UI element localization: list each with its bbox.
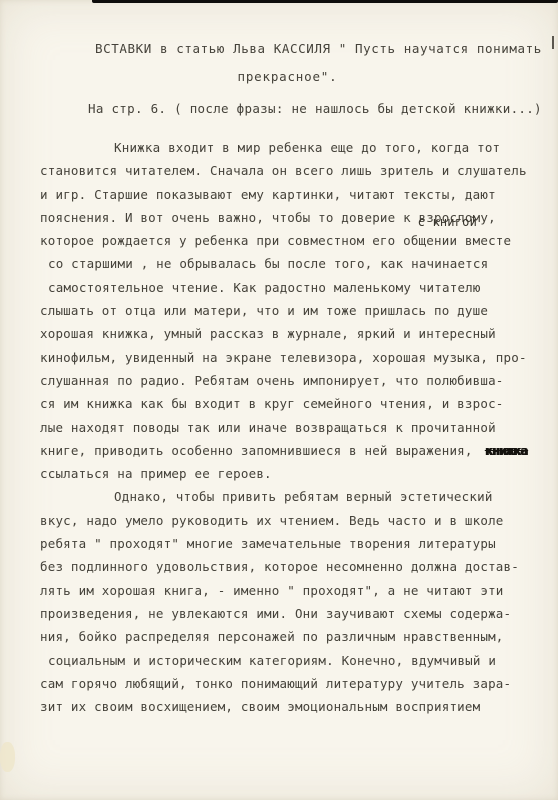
line-text: слышать от отца или матери, что и им тож…: [40, 303, 488, 318]
line-text: кинофильм, увиденный на экране телевизор…: [40, 350, 527, 365]
line-text: вкус, надо умело руководить их чтением. …: [40, 513, 504, 528]
text-line: слышать от отца или матери, что и им тож…: [40, 299, 535, 322]
text-line: сам горячо любящий, тонко понимающий лит…: [40, 672, 535, 695]
page-content: ВСТАВКИ в статью Льва КАССИЛЯ " Пусть на…: [40, 40, 535, 718]
line-text: ссылаться на пример ее героев.: [40, 466, 272, 481]
paper-smudge: [0, 742, 15, 772]
document-title-line2: прекрасное".: [40, 68, 535, 86]
line-text: становится читателем. Сначала он всего л…: [40, 163, 527, 178]
overstruck-word: книжка: [485, 443, 527, 458]
line-text: ребята " проходят" многие замечательные …: [40, 536, 496, 551]
text-line: без подлинного удовольствия, которое нес…: [40, 555, 535, 578]
line-text: и игр. Старшие показывают ему картинки, …: [40, 187, 496, 202]
line-text: лые находят поводы так или иначе возвращ…: [40, 420, 496, 435]
line-text: без подлинного удовольствия, которое нес…: [40, 559, 519, 574]
page-reference-note: На стр. 6. ( после фразы: не нашлось бы …: [40, 100, 535, 118]
text-line: становится читателем. Сначала он всего л…: [40, 159, 535, 182]
line-text: зит их своим восхищением, своим эмоциона…: [40, 699, 480, 714]
line-text: сам горячо любящий, тонко понимающий лит…: [40, 676, 511, 691]
text-line: Однако, чтобы привить ребятам верный эст…: [40, 485, 535, 508]
text-line: со старшими , не обрывалась бы после тог…: [40, 252, 535, 275]
text-line: самостоятельное чтение. Как радостно мал…: [40, 276, 535, 299]
line-text: книге, приводить особенно запомнившиеся …: [40, 443, 473, 458]
scan-mark-artifact: [552, 36, 554, 49]
text-line: хорошая книжка, умный рассказ в журнале,…: [40, 322, 535, 345]
text-line: ся им книжка как бы входит в круг семейн…: [40, 392, 535, 415]
line-text: со старшими , не обрывалась бы после тог…: [48, 256, 488, 271]
text-line: ния, бойко распределяя персонажей по раз…: [40, 625, 535, 648]
line-text: ся им книжка как бы входит в круг семейн…: [40, 396, 504, 411]
line-text: ния, бойко распределяя персонажей по раз…: [40, 629, 504, 644]
scanned-typewritten-page: ВСТАВКИ в статью Льва КАССИЛЯ " Пусть на…: [0, 0, 558, 800]
line-text: лять им хорошая книга, - именно " проход…: [40, 583, 504, 598]
text-line: зит их своим восхищением, своим эмоциона…: [40, 695, 535, 718]
line-text: которое рождается у ребенка при совместн…: [40, 233, 511, 248]
text-line: ребята " проходят" многие замечательные …: [40, 532, 535, 555]
line-text: Однако, чтобы привить ребятам верный эст…: [114, 489, 493, 504]
line-text: самостоятельное чтение. Как радостно мал…: [48, 280, 481, 295]
text-line: и игр. Старшие показывают ему картинки, …: [40, 183, 535, 206]
body-text: Книжка входит в мир ребенка еще до того,…: [40, 136, 535, 718]
text-line: вкус, надо умело руководить их чтением. …: [40, 509, 535, 532]
text-line: слушанная по радио. Ребятам очень импони…: [40, 369, 535, 392]
text-line: социальным и историческим категориям. Ко…: [40, 649, 535, 672]
text-line: книге, приводить особенно запомнившиеся …: [40, 439, 535, 462]
line-text: слушанная по радио. Ребятам очень импони…: [40, 373, 504, 388]
text-line: лять им хорошая книга, - именно " проход…: [40, 579, 535, 602]
text-line: лые находят поводы так или иначе возвращ…: [40, 416, 535, 439]
line-text: произведения, не увлекаются ими. Они зау…: [40, 606, 511, 621]
line-text: хорошая книжка, умный рассказ в журнале,…: [40, 326, 496, 341]
text-line: ссылаться на пример ее героев.: [40, 462, 535, 485]
text-line: произведения, не увлекаются ими. Они зау…: [40, 602, 535, 625]
text-line: которое рождается у ребенка при совместн…: [40, 229, 535, 252]
line-text: с книгой: [418, 215, 477, 229]
line-text: Книжка входит в мир ребенка еще до того,…: [114, 140, 500, 155]
text-line: Книжка входит в мир ребенка еще до того,…: [40, 136, 535, 159]
text-line: кинофильм, увиденный на экране телевизор…: [40, 346, 535, 369]
document-title-line1: ВСТАВКИ в статью Льва КАССИЛЯ " Пусть на…: [40, 40, 535, 58]
line-text: социальным и историческим категориям. Ко…: [48, 653, 496, 668]
scan-edge-artifact: [92, 0, 558, 3]
